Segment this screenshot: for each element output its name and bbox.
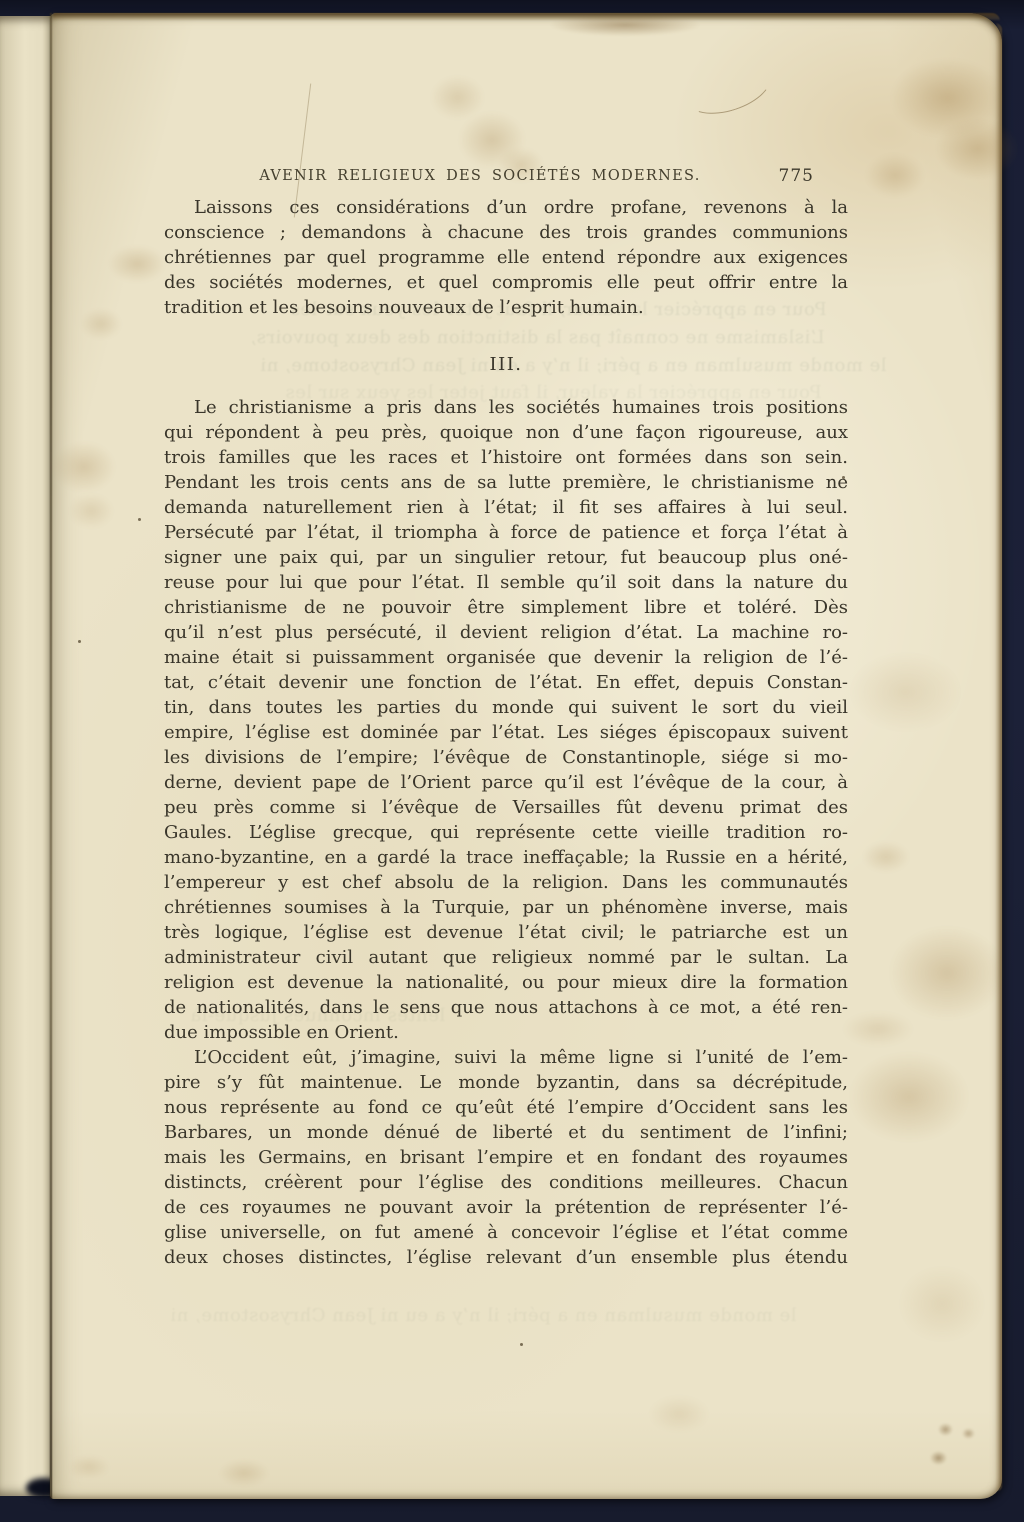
text-line: chrétiennes par quel programme elle ente… <box>164 245 848 270</box>
page-top-edge <box>53 13 1000 21</box>
text-line: empire, l’église est dominée par l’état.… <box>164 720 848 745</box>
text-line: de ces royaumes ne pouvant avoir la prét… <box>164 1195 848 1220</box>
foxing-stain <box>938 1423 953 1436</box>
book-page: Pour en apprécier la valeur, il faut jet… <box>50 13 1002 1499</box>
foxing-stain <box>865 153 925 198</box>
text-line: Barbares, un monde dénué de liberté et d… <box>164 1120 848 1145</box>
foxing-stain <box>550 14 700 36</box>
text-line: des sociétés modernes, et quel compromis… <box>164 270 848 295</box>
running-head: AVENIR RELIGIEUX DES SOCIÉTÉS MODERNES. … <box>164 164 848 186</box>
text-line: l’empereur y est chef absolu de la relig… <box>164 870 848 895</box>
text-line: Persécuté par l’état, il triompha à forc… <box>164 520 848 545</box>
text-line: demanda naturellement rien à l’état; il … <box>164 495 848 520</box>
section-heading: III. <box>164 352 848 377</box>
foxing-stain <box>848 651 963 733</box>
paragraph-2: Le christianisme a pris dans les société… <box>164 395 848 1045</box>
page-right-edge <box>995 23 1002 1491</box>
paragraph-3: L’Occident eût, j’imagine, suivi la même… <box>164 1045 848 1270</box>
foxing-stain <box>80 308 122 340</box>
foxing-stain <box>68 493 114 529</box>
foxing-stain <box>68 1455 110 1479</box>
text-line: reuse pour lui que pour l’état. Il sembl… <box>164 570 848 595</box>
foxing-stain <box>962 1428 975 1439</box>
text-line: administrateur civil autant que religieu… <box>164 945 848 970</box>
foxing-stain <box>842 1011 914 1047</box>
text-line: mano-byzantine, en a gardé la trace inef… <box>164 845 848 870</box>
underlying-page-edge <box>0 16 54 1496</box>
foxing-stain <box>648 1395 710 1433</box>
foxing-stain <box>888 925 1006 1021</box>
text-line: Laissons ces considérations d’un ordre p… <box>164 195 848 220</box>
text-line: maine était si puissamment organisée que… <box>164 645 848 670</box>
text-line: tin, dans toutes les parties du monde qu… <box>164 695 848 720</box>
text-line: signer une paix qui, par un singulier re… <box>164 545 848 570</box>
text-line: deux choses distinctes, l’église relevan… <box>164 1245 848 1270</box>
ink-speck <box>78 640 81 643</box>
gutter-crease <box>50 13 52 1499</box>
text-line: mais les Germains, en brisant l’empire e… <box>164 1145 848 1170</box>
foxing-stain <box>935 118 1020 180</box>
text-line: derne, devient pape de l’Orient parce qu… <box>164 770 848 795</box>
page-content: AVENIR RELIGIEUX DES SOCIÉTÉS MODERNES. … <box>164 164 848 1270</box>
text-line: nous représente au fond ce qu’eût été l’… <box>164 1095 848 1120</box>
foxing-stain <box>930 1451 947 1465</box>
text-line: religion est devenue la nationalité, ou … <box>164 970 848 995</box>
foxing-stain <box>898 1265 986 1343</box>
text-line: qu’il n’est plus persécuté, il devient r… <box>164 620 848 645</box>
page-number: 775 <box>779 164 814 189</box>
text-line: peu près comme si l’évêque de Versailles… <box>164 795 848 820</box>
text-line: les divisions de l’empire; l’évêque de C… <box>164 745 848 770</box>
show-through-text: le monde musulman en a péri; il n’y a eu… <box>170 1305 797 1326</box>
foxing-stain <box>52 441 116 493</box>
text-line: Le christianisme a pris dans les société… <box>164 395 848 420</box>
text-line: Pendant les trois cents ans de sa lutte … <box>164 470 848 495</box>
ink-speck <box>520 1343 523 1346</box>
text-line: glise universelle, on fut amené à concev… <box>164 1220 848 1245</box>
foxing-stain <box>848 1051 970 1143</box>
text-line: tat, c’était devenir une fonction de l’é… <box>164 670 848 695</box>
ink-speck <box>138 518 141 521</box>
text-line: qui répondent à peu près, quoique non d’… <box>164 420 848 445</box>
running-head-title: AVENIR RELIGIEUX DES SOCIÉTÉS MODERNES. <box>164 164 848 189</box>
foxing-stain <box>862 841 910 873</box>
text-line: de nationalités, dans le sens que nous a… <box>164 995 848 1020</box>
text-line: L’Occident eût, j’imagine, suivi la même… <box>164 1045 848 1070</box>
text-line: très logique, l’église est devenue l’éta… <box>164 920 848 945</box>
text-line: Gaules. L’église grecque, qui représente… <box>164 820 848 845</box>
text-line: chrétiennes soumises à la Turquie, par u… <box>164 895 848 920</box>
text-line: due impossible en Orient. <box>164 1020 848 1045</box>
hair-fiber <box>678 50 778 123</box>
paragraph-1: Laissons ces considérations d’un ordre p… <box>164 195 848 320</box>
scanned-book-photo: { "page": { "header": { "title": "AVENIR… <box>0 0 1024 1522</box>
text-line: distincts, créèrent pour l’église des co… <box>164 1170 848 1195</box>
foxing-stain <box>218 1459 270 1487</box>
text-line: christianisme de ne pouvoir être simplem… <box>164 595 848 620</box>
foxing-stain <box>108 245 166 283</box>
text-line: tradition et les besoins nouveaux de l’e… <box>164 295 848 320</box>
text-line: pire s’y fût maintenue. Le monde byzanti… <box>164 1070 848 1095</box>
text-line: conscience ; demandons à chacune des tro… <box>164 220 848 245</box>
text-line: trois familles que les races et l’histoi… <box>164 445 848 470</box>
